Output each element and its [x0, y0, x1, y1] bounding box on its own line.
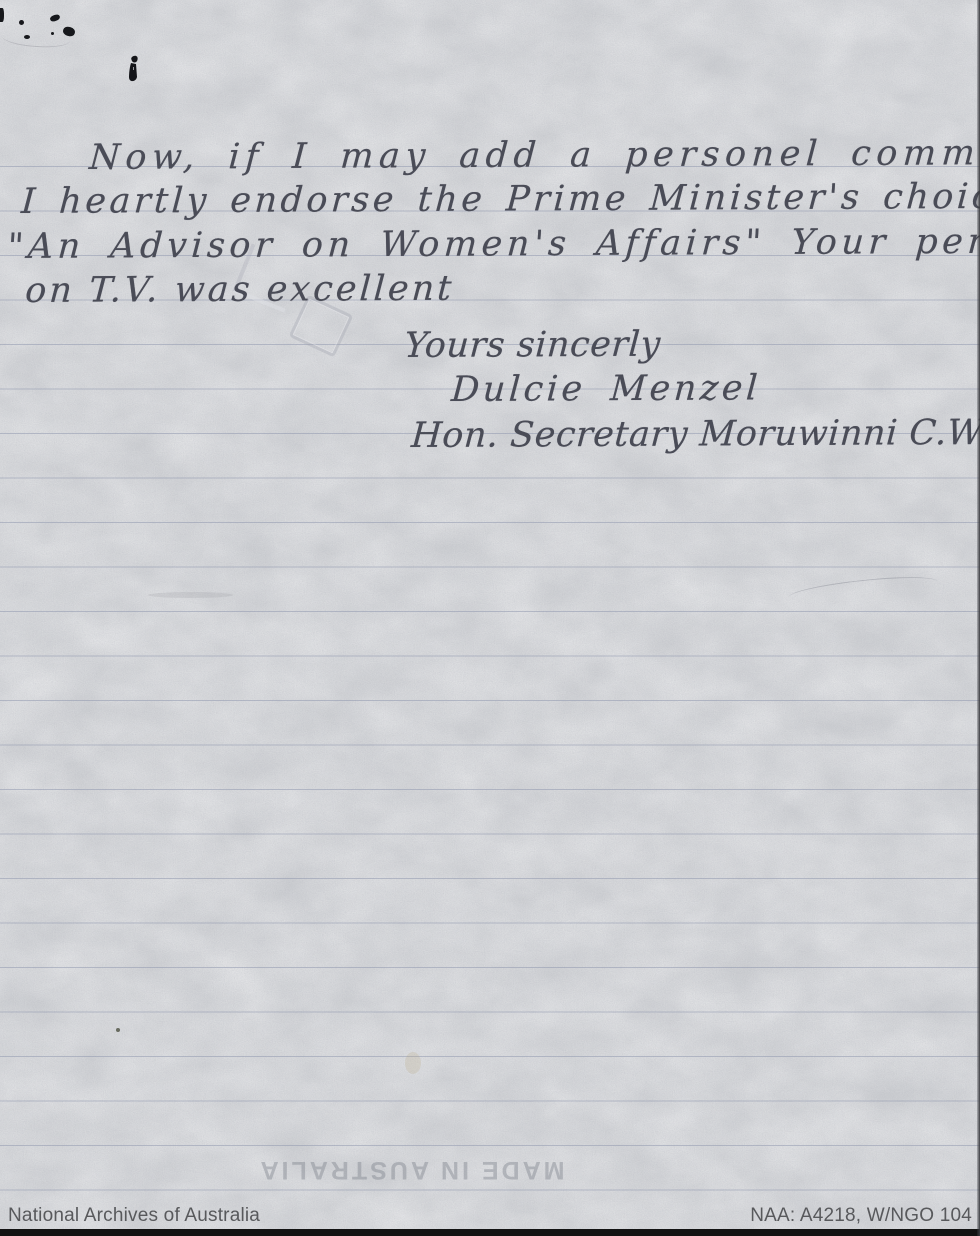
archive-name-label: National Archives of Australia	[8, 1205, 260, 1227]
ink-splat-mark	[124, 55, 142, 87]
ink-blot	[0, 8, 4, 22]
smudge-mark	[148, 592, 233, 598]
ruled-lines	[0, 166, 980, 1192]
made-in-australia-watermark: MADE IN AUSTRALIA	[248, 1154, 574, 1186]
signature-title: Hon. Secretary Moruwinni C.W.A.	[410, 413, 980, 456]
signature-name: Dulcie Menzel	[450, 368, 762, 410]
paper-speck	[116, 1028, 120, 1032]
handwriting-line-2: I heartly endorse the Prime Minister's c…	[20, 176, 980, 222]
handwriting-line-3: "An Advisor on Women's Affairs" Your per…	[6, 221, 980, 267]
paper-stain	[405, 1052, 421, 1074]
pencil-scratch	[1, 28, 70, 50]
handwriting-line-1: Now, if I may add a personel comment-	[88, 133, 980, 178]
scanned-letter-page: Now, if I may add a personel comment- I …	[0, 0, 980, 1236]
bottom-scan-bar	[0, 1229, 980, 1236]
ink-blot	[49, 13, 60, 22]
ink-blot	[19, 20, 24, 25]
closing-line: Yours sincerly	[403, 325, 662, 366]
archive-reference-label: NAA: A4218, W/NGO 104	[750, 1205, 972, 1227]
handwriting-line-4: on T.V. was excellent	[24, 269, 456, 311]
